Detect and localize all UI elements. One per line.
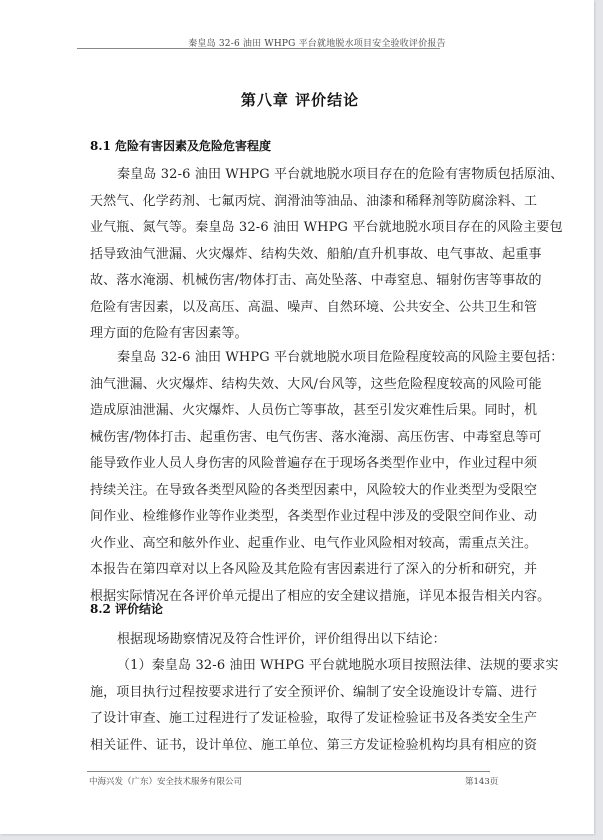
- text-line: 括导致油气泄漏、火灾爆炸、结构失效、船舶/直升机事故、电气事故、起重事: [90, 242, 527, 269]
- text-line: 秦皇岛 32-6 油田 WHPG 平台就地脱水项目存在的危险有害物质包括原油、: [90, 162, 527, 189]
- text-line: 油气泄漏、火灾爆炸、结构失效、大风/台风等，这些危险程度较高的风险可能: [90, 372, 527, 399]
- paragraph-conclusion-intro: 根据现场勘察情况及符合性评价，评价组得出以下结论：: [90, 627, 527, 654]
- text-line: 本报告在第四章对以上各风险及其危险有害因素进行了深入的分析和研究，并: [90, 557, 527, 584]
- text-line: 业气瓶、氮气等。秦皇岛 32-6 油田 WHPG 平台就地脱水项目存在的风险主要…: [90, 215, 527, 242]
- page-number: 第143页: [465, 775, 498, 787]
- text-line: 械伤害/物体打击、起重伤害、电气伤害、落水淹溺、高压伤害、中毒窒息等可: [90, 425, 527, 452]
- chapter-title: 第八章 评价结论: [0, 89, 594, 110]
- paragraph-high-risk: 秦皇岛 32-6 油田 WHPG 平台就地脱水项目危险程度较高的风险主要包括： …: [90, 345, 527, 610]
- text-line: 间作业、检维修作业等作业类型，各类型作业过程中涉及的受限空间作业、动: [90, 504, 527, 531]
- section-heading-8-2: 8.2 评价结论: [90, 600, 163, 617]
- text-line: 相关证件、证书，设计单位、施工单位、第三方发证检验机构均具有相应的资: [90, 733, 527, 760]
- text-line: 危险有害因素，以及高压、高温、噪声、自然环境、公共安全、公共卫生和管: [90, 295, 527, 322]
- text-line: 造成原油泄漏、火灾爆炸、人员伤亡等事故，甚至引发灾难性后果。同时，机: [90, 398, 527, 425]
- section-heading-8-1: 8.1 危险有害因素及危险危害程度: [90, 137, 271, 154]
- paragraph-conclusion-1: （1）秦皇岛 32-6 油田 WHPG 平台就地脱水项目按照法律、法规的要求实 …: [90, 653, 527, 759]
- footer-rule: [87, 771, 490, 772]
- text-line: 能导致作业人员人身伤害的风险普遍存在于现场各类型作业中，作业过程中须: [90, 451, 527, 478]
- text-line: 施，项目执行过程按要求进行了安全预评价、编制了安全设施设计专篇、进行: [90, 680, 527, 707]
- text-line: 了设计审查、施工过程进行了发证检验，取得了发证检验证书及各类安全生产: [90, 706, 527, 733]
- header-rule: [77, 48, 440, 49]
- text-line: （1）秦皇岛 32-6 油田 WHPG 平台就地脱水项目按照法律、法规的要求实: [90, 653, 527, 680]
- text-line: 根据现场勘察情况及符合性评价，评价组得出以下结论：: [90, 627, 527, 654]
- document-page: 秦皇岛 32-6 油田 WHPG 平台就地脱水项目安全验收评价报告 第八章 评价…: [0, 0, 594, 834]
- text-line: 持续关注。在导致各类型风险的各类型因素中，风险较大的作业类型为受限空: [90, 478, 527, 505]
- paragraph-hazard-factors: 秦皇岛 32-6 油田 WHPG 平台就地脱水项目存在的危险有害物质包括原油、 …: [90, 162, 527, 348]
- text-line: 天然气、化学药剂、七氟丙烷、润滑油等油品、油漆和稀释剂等防腐涂料、工: [90, 189, 527, 216]
- text-line: 理方面的危险有害因素等。: [90, 321, 527, 348]
- footer-company: 中海兴发（广东）安全技术服务有限公司: [89, 775, 242, 787]
- text-line: 故、落水淹溺、机械伤害/物体打击、高处坠落、中毒窒息、辐射伤害等事故的: [90, 268, 527, 295]
- text-line: 火作业、高空和舷外作业、起重作业、电气作业风险相对较高，需重点关注。: [90, 531, 527, 558]
- text-line: 秦皇岛 32-6 油田 WHPG 平台就地脱水项目危险程度较高的风险主要包括：: [90, 345, 527, 372]
